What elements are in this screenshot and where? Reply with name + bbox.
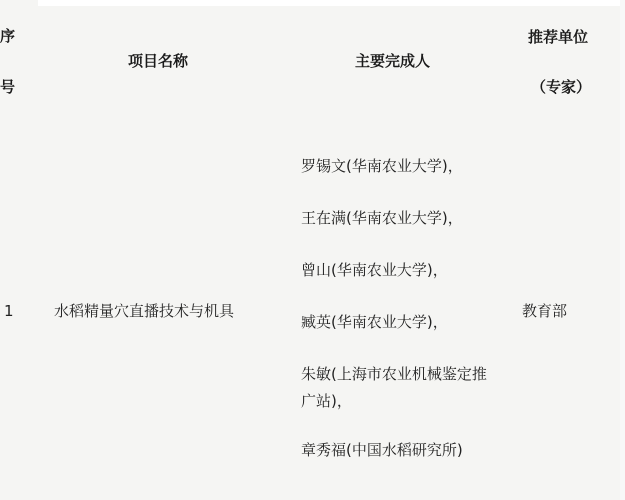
row-recommender: 教育部 — [522, 302, 567, 320]
row-contributors: 罗锡文(华南农业大学)， 王在满(华南农业大学)， 曾山(华南农业大学)， 臧英… — [301, 157, 501, 493]
contributor: 朱敏(上海市农业机械鉴定推广站)， — [301, 361, 491, 415]
row-seq: 1 — [4, 302, 14, 320]
header-project-name: 项目名称 — [128, 52, 188, 70]
contributor: 王在满(华南农业大学)， — [301, 209, 501, 227]
contributor: 罗锡文(华南农业大学)， — [301, 157, 501, 175]
header-recommender-line2: （专家） — [531, 78, 591, 96]
header-seq-line1: 序 — [0, 27, 15, 45]
contributor: 章秀福(中国水稻研究所) — [301, 441, 501, 459]
top-strip — [38, 0, 625, 6]
contributor: 臧英(华南农业大学)， — [301, 313, 501, 331]
header-seq-line2: 号 — [0, 78, 15, 96]
contributor: 曾山(华南农业大学)， — [301, 261, 501, 279]
right-edge — [620, 0, 625, 500]
row-project-name: 水稻精量穴直播技术与机具 — [54, 302, 234, 320]
header-recommender-line1: 推荐单位 — [528, 28, 588, 46]
header-main-contributors: 主要完成人 — [355, 52, 430, 70]
